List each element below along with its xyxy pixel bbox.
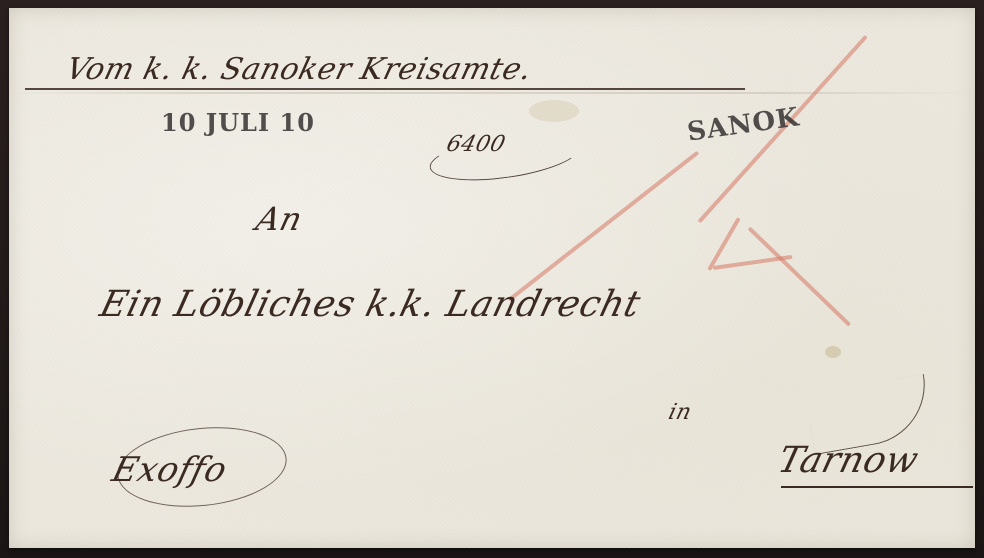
sender-underline — [25, 88, 745, 90]
scan-background: Vom k. k. Sanoker Kreisamte. 10 JULI 10 … — [0, 0, 984, 558]
city-underline — [781, 486, 973, 488]
red-crayon-stroke — [713, 255, 793, 270]
endorsement: Exoffo — [108, 450, 231, 490]
fold-line — [9, 92, 975, 94]
sender-line: Vom k. k. Sanoker Kreisamte. — [63, 52, 536, 87]
preposition: in — [666, 400, 694, 425]
red-crayon-stroke — [748, 227, 851, 327]
date-postmark: 10 JULI 10 — [161, 108, 315, 137]
stain — [529, 100, 579, 122]
salutation: An — [252, 200, 306, 238]
letter-cover: Vom k. k. Sanoker Kreisamte. 10 JULI 10 … — [9, 8, 975, 548]
town-postmark: SANOK — [685, 102, 801, 147]
destination-city: Tarnow — [774, 440, 923, 481]
stain — [825, 346, 841, 358]
addressee: Ein Löbliches k.k. Landrecht — [96, 284, 645, 325]
red-crayon-stroke — [508, 151, 700, 302]
